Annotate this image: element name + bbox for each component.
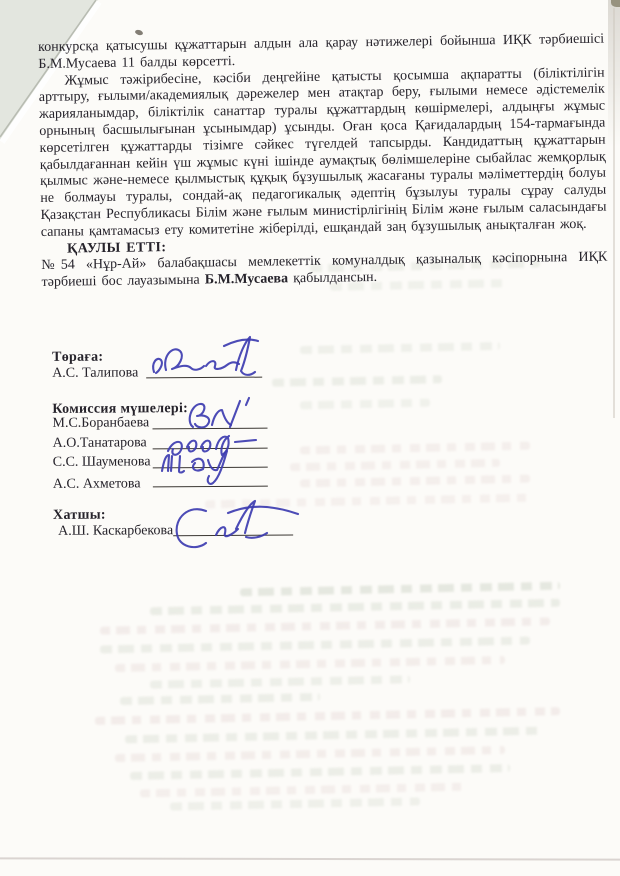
scan-speck-top-right (611, 0, 620, 7)
signature-line-member (153, 428, 268, 430)
member-name: А.С. Ахметова (53, 476, 141, 493)
paper-edge-line (613, 8, 615, 418)
scan-speck-top (134, 29, 143, 36)
signature-line-member (153, 448, 268, 450)
chairman-name: А.С. Талипова (52, 365, 138, 382)
resolution-paragraph: №54 «Нұр-Ай» балабақшасы мемлекеттік ком… (41, 250, 607, 292)
member-name: С.С. Шауменова (53, 454, 151, 471)
secretary-label: Хатшы: (53, 508, 106, 524)
document-body: конкурсқа қатысушы құжаттарын алдын ала … (38, 32, 608, 292)
signature-line-member (153, 486, 268, 488)
member-name: М.С.Боранбаева (52, 415, 149, 432)
signature-line-member (153, 467, 268, 469)
scan-bottom-line (0, 857, 620, 860)
chairman-label: Төраға: (52, 350, 103, 366)
resolution-text-after: қабылдансын. (288, 270, 377, 286)
body-paragraph-2: Жұмыс тәжірибесіне, кәсіби деңгейіне қат… (38, 65, 606, 241)
scanned-document-page: конкурсқа қатысушы құжаттарын алдын ала … (0, 0, 620, 876)
resolution-candidate-name: Б.М.Мусаева (205, 271, 288, 287)
signature-section: Төраға: А.С. Талипова Комиссия мүшелері:… (40, 343, 601, 576)
member-name: А.О.Танатарова (53, 435, 147, 452)
secretary-name: А.Ш. Каскарбекова (58, 523, 173, 540)
signature-line-secretary (173, 534, 293, 536)
signature-line-chairman (146, 377, 262, 379)
